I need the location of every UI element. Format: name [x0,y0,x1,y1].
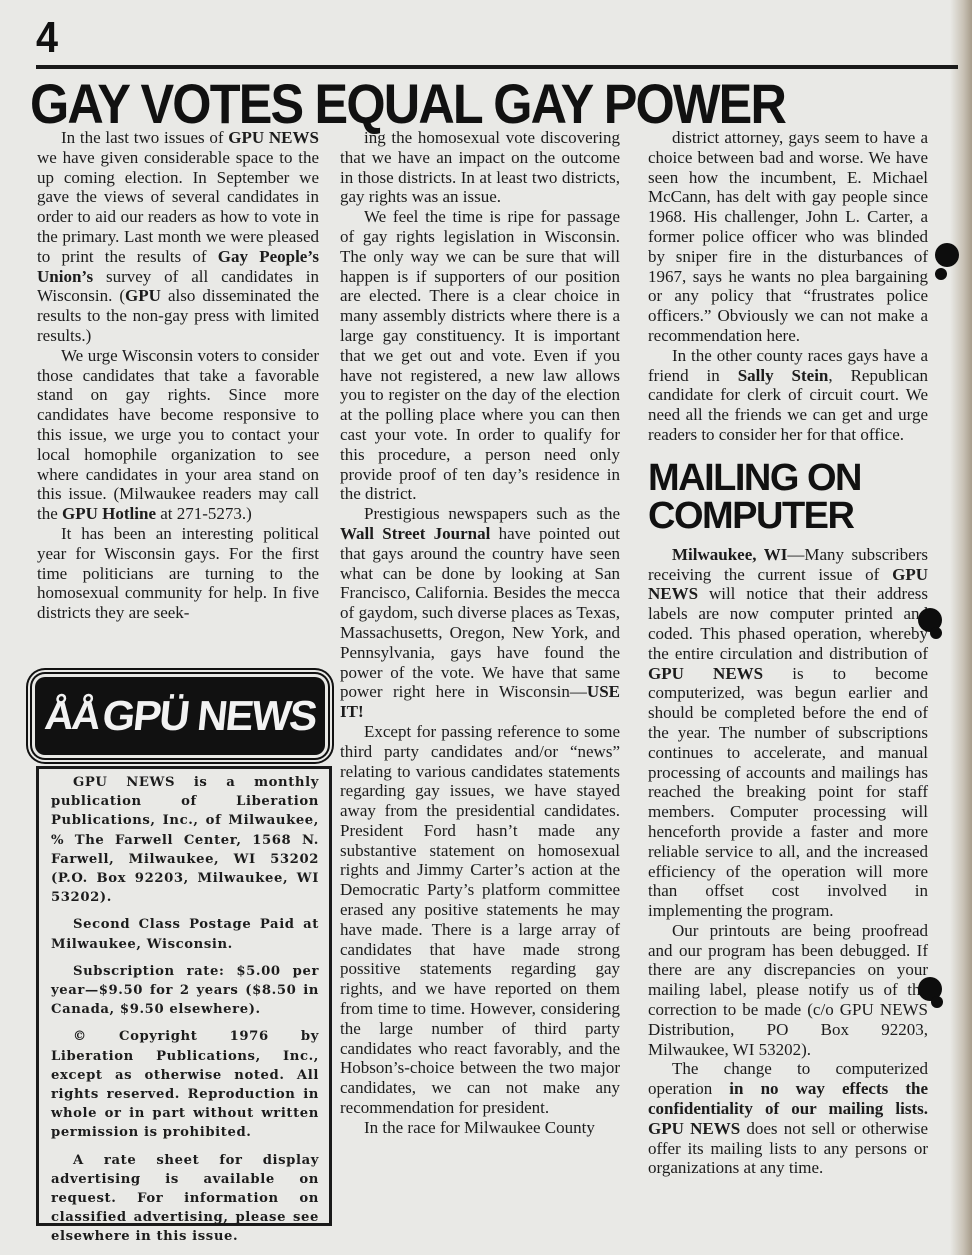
mailing-headline: MAILING ON COMPUTER [648,459,928,535]
paragraph: Prestigious newspapers such as the Wall … [340,504,620,722]
main-headline: GAY VOTES EQUAL GAY POWER [30,78,785,130]
mailing-headline-line2: COMPUTER [648,497,928,535]
paragraph: Milwaukee, WI—Many subscribers receiving… [648,545,928,921]
paragraph: It has been an interesting political yea… [37,524,319,623]
logo-figures-icon: ÅÅ [42,694,101,739]
paragraph: We urge Wisconsin voters to consider tho… [37,346,319,524]
paragraph: Our printouts are being proofread and ou… [648,921,928,1060]
paragraph: In the other county races gays have a fr… [648,346,928,445]
article-column-3: district attorney, gays seem to have a c… [648,128,928,1178]
paragraph: district attorney, gays seem to have a c… [648,128,928,346]
article-column-1: In the last two issues of GPU NEWS we ha… [37,128,319,623]
gpu-news-logo: ÅÅ GPÜ NEWS [35,677,325,755]
logo-text: GPÜ NEWS [100,692,318,740]
mailing-article-body: Milwaukee, WI—Many subscribers receiving… [648,545,928,1179]
paragraph: The change to computerized operation in … [648,1059,928,1178]
punch-hole-decoration [931,996,943,1008]
paragraph: Except for passing reference to some thi… [340,722,620,1118]
article-column-3-body: district attorney, gays seem to have a c… [648,128,928,445]
masthead-publication: GPU NEWS is a monthly publication of Lib… [51,773,319,907]
masthead-subscription: Subscription rate: $5.00 per year—$9.50 … [51,962,319,1020]
paragraph: In the last two issues of GPU NEWS we ha… [37,128,319,346]
page-edge-shadow [950,0,972,1255]
punch-hole-decoration [935,268,947,280]
punch-hole-decoration [935,243,959,267]
masthead-advertising: A rate sheet for display advertising is … [51,1151,319,1247]
masthead-postage: Second Class Postage Paid at Milwaukee, … [51,915,319,953]
article-column-2: ing the homosexual vote discovering that… [340,128,620,1138]
header-rule [36,65,958,69]
paragraph: ing the homosexual vote discovering that… [340,128,620,207]
paragraph: In the race for Milwaukee County [340,1118,620,1138]
paragraph: We feel the time is ripe for passage of … [340,207,620,504]
page-number: 4 [36,14,58,62]
masthead-info-box: GPU NEWS is a monthly publication of Lib… [36,766,332,1226]
mailing-headline-line1: MAILING ON [648,459,928,497]
masthead-copyright: © Copyright 1976 by Liberation Publicati… [51,1027,319,1142]
punch-hole-decoration [930,627,942,639]
